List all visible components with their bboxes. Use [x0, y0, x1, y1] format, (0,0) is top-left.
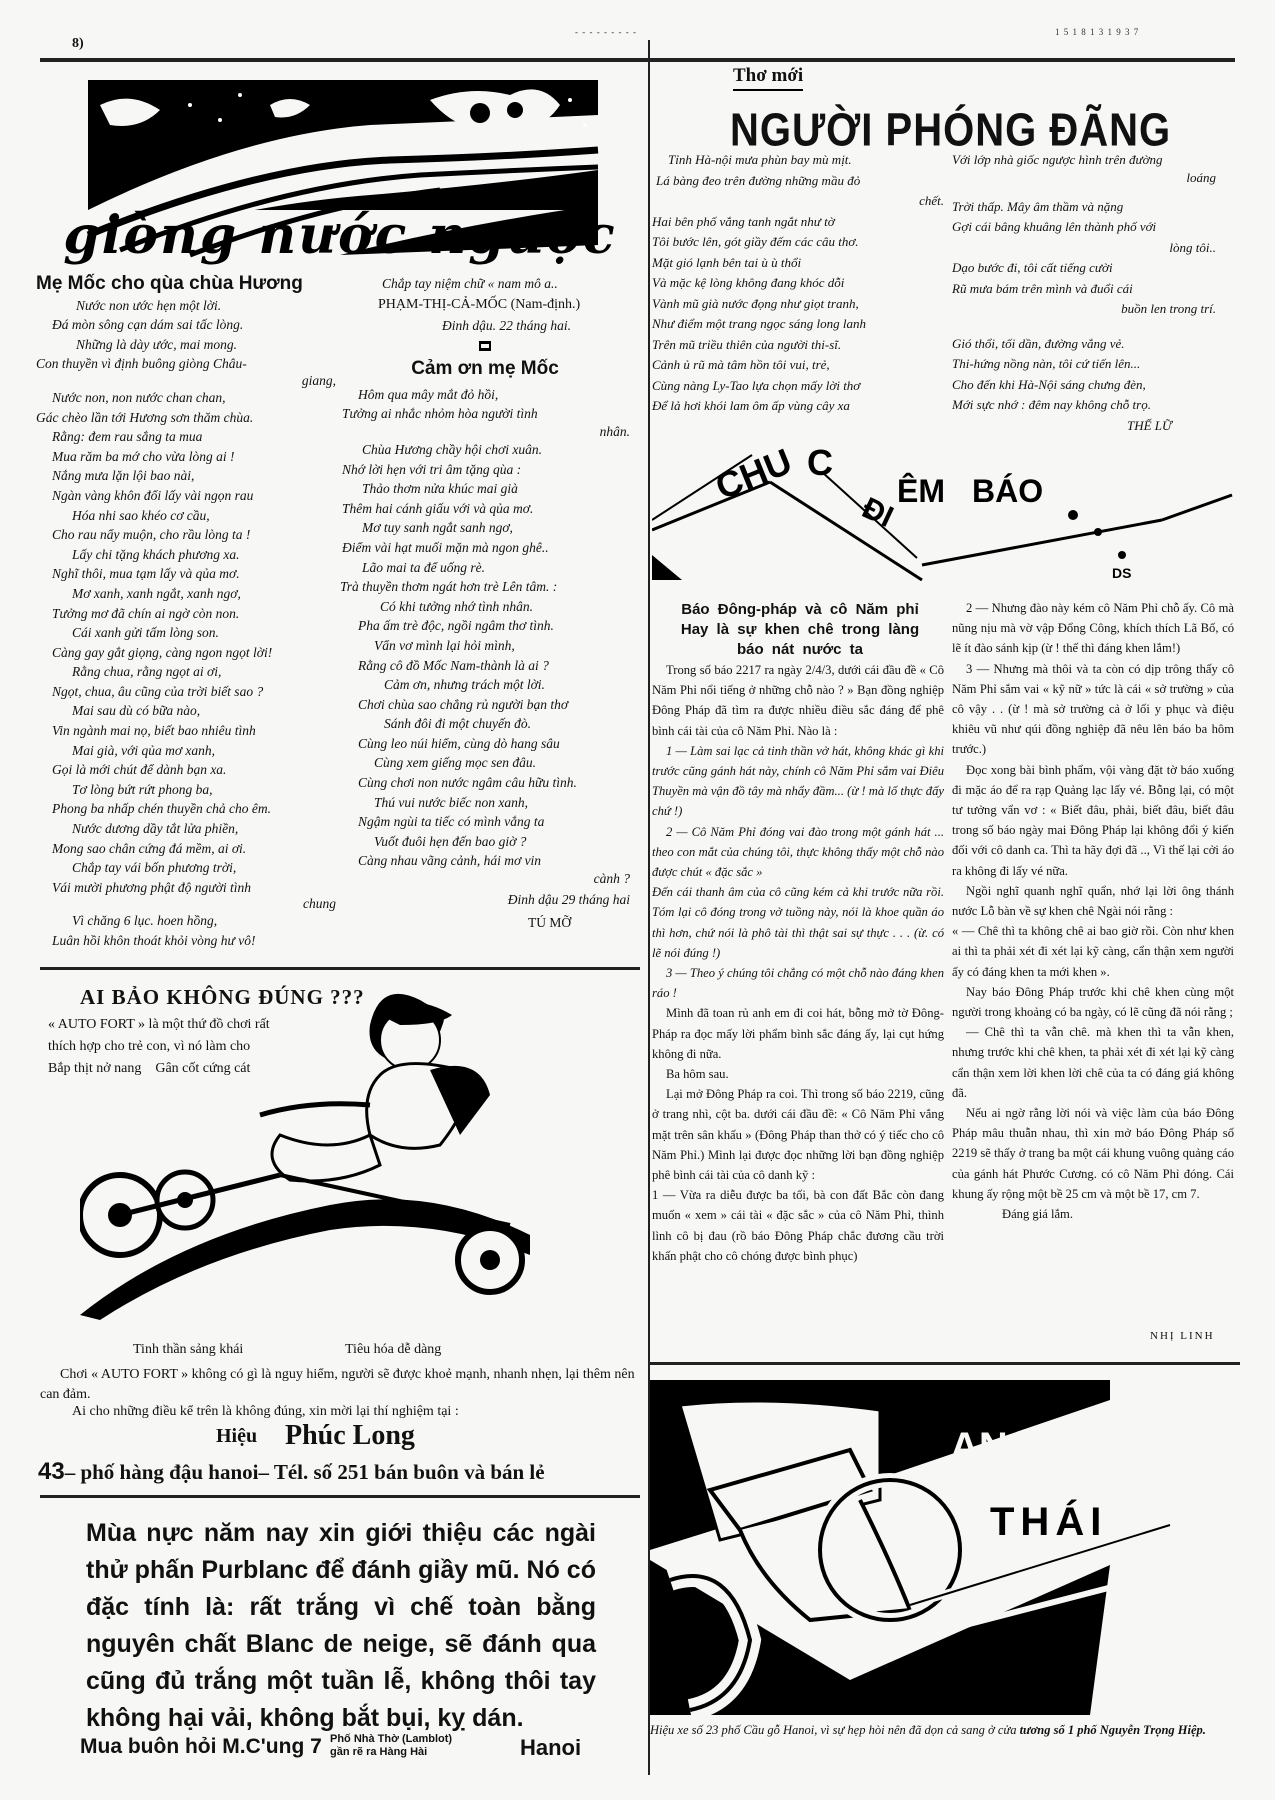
- article-paragraph: 3 — Nhưng mà thôi và ta còn có dịp trông…: [952, 659, 1234, 760]
- poem-line: Sánh đôi đi một chuyến đò.: [340, 714, 630, 734]
- poem-line: Rũ mưa bám trên mình và đuổi cái: [952, 279, 1232, 300]
- poem-line: Hai bên phố vắng tanh ngắt như tờ: [652, 212, 952, 233]
- address-number: 43: [38, 1458, 65, 1485]
- poem-line: Gợi cái bâng khuâng lên thành phố với: [952, 217, 1232, 238]
- poem-line: Luân hồi khôn thoát khỏi vòng hư vô!: [36, 931, 336, 951]
- address-line: Phố Nhà Thờ (Lamblot): [330, 1733, 452, 1746]
- poem-me-moc: Mẹ Mốc cho qùa chùa Hương Nước non ước h…: [36, 274, 336, 951]
- poem-line: Rằng cô đồ Mốc Nam-thành là ai ?: [340, 656, 630, 676]
- article-paragraph: 2 — Nhưng đào này kém cô Năm Phỉ chỗ ấy.…: [952, 598, 1234, 659]
- poem-line: loáng: [952, 171, 1232, 185]
- poem-line: Tôi bước lên, gót giầy đếm các câu thơ.: [652, 232, 952, 253]
- poem-line: Lão mai ta để uống rè.: [340, 558, 630, 578]
- separator-icon: [340, 335, 630, 359]
- ad-body-line: « AUTO FORT » là một thứ đồ chơi rất: [48, 1014, 368, 1036]
- article-paragraph: Ngồi nghĩ quanh nghĩ quẩn, nhớ lại lời ô…: [952, 881, 1234, 921]
- poem-title: Mẹ Mốc cho qùa chùa Hương: [36, 274, 336, 294]
- banner-title: giòng nước ngược: [40, 205, 640, 266]
- poem-line: Lá bàng đeo trên đường những mầu đỏ: [652, 171, 952, 192]
- rickshaw-illustration: AN THÁI: [650, 1380, 1230, 1715]
- poem-line: Mai già, với qủa mơ xanh,: [36, 741, 336, 761]
- poem-line: nhân.: [340, 424, 630, 440]
- caption-text: Hiệu xe số 23 phố Cầu gỗ Hanoi, vì sự hẹ…: [650, 1723, 1016, 1737]
- poem-line: Chơi chùa sao chẳng rủ người bạn thơ: [340, 695, 630, 715]
- poem-title: Cảm ơn mẹ Mốc: [340, 359, 630, 379]
- poem-line: Thi-hứng nồng nàn, tôi cứ tiến lên...: [952, 354, 1232, 375]
- svg-text:BÁO: BÁO: [972, 473, 1043, 509]
- poem-author: PHẠM-THỊ-CẢ-MỐC (Nam-định.): [340, 294, 630, 316]
- poem-line: Cùng nàng Ly-Tao lựa chọn mấy lời thơ: [652, 376, 952, 397]
- poem-closing-line: Chắp tay niệm chữ « nam mô a..: [340, 274, 630, 294]
- ad-body: « AUTO FORT » là một thứ đồ chơi rất thí…: [48, 1014, 368, 1080]
- poem-line: Ngọt, chua, âu cũng của trời biết sao ?: [36, 682, 336, 702]
- poem-line: Nước non, non nước chan chan,: [36, 388, 336, 408]
- article-paragraph: Đáng giá lắm.: [952, 1204, 1234, 1224]
- poem-nguoi-phong-dang-left: Tỉnh Hà-nội mưa phùn bay mù mịt. Lá bàng…: [652, 150, 952, 417]
- poem-line: Tỉnh Hà-nội mưa phùn bay mù mịt.: [652, 150, 952, 171]
- ad-text: Ai cho những điều kể trên là không đúng,…: [72, 1404, 459, 1420]
- svg-text:C: C: [807, 442, 833, 483]
- article-paragraph: 2 — Cô Năm Phỉ đóng vai đào trong một gá…: [652, 822, 944, 883]
- poem-line: Chắp tay vái bốn phương trời,: [36, 858, 336, 878]
- svg-text:CHU: CHU: [710, 440, 798, 507]
- poem-cam-on-me-moc: Chắp tay niệm chữ « nam mô a.. PHẠM-THỊ-…: [340, 274, 630, 933]
- section-rule: [650, 1362, 1240, 1365]
- section-label: Thơ mới: [733, 65, 803, 91]
- poem-line: Nhớ lời hẹn với tri âm tặng qùa :: [340, 460, 630, 480]
- poem-author: THẾ LỮ: [952, 416, 1232, 437]
- header-masthead: - - - - - - - - -: [575, 27, 637, 37]
- address-text: – phố hàng đậu hanoi– Tél. số 251 bán bu…: [65, 1460, 545, 1484]
- poem-line: Để lả hơi khói lam ôm ấp vùng cây xa: [652, 396, 952, 417]
- poem-line: Cùng leo núi hiểm, cùng dò hang sâu: [340, 734, 630, 754]
- article-title-line: báo nát nước ta: [650, 640, 950, 660]
- poem-line: Hóa nhi sao khéo cơ cầu,: [36, 506, 336, 526]
- purblanc-buy-line: Mua buôn hỏi M.C'ung 7: [80, 1735, 322, 1759]
- shop-prefix: Hiệu: [216, 1425, 257, 1448]
- poem-line: Dạo bước đi, tôi cất tiếng cười: [952, 258, 1232, 279]
- caption-address: tương số 1 phố Nguyễn Trọng Hiệp.: [1020, 1723, 1206, 1737]
- poem-line: Vành mũ già nước đọng như giọt tranh,: [652, 294, 952, 315]
- ad-text: Chơi « AUTO FORT » không có gì là nguy h…: [40, 1365, 635, 1405]
- rickshaw-caption: Hiệu xe số 23 phố Cầu gỗ Hanoi, vì sự hẹ…: [650, 1720, 1235, 1740]
- poem-line: Con thuyền vì định buông giòng Châu-: [36, 354, 336, 374]
- poem-line: Thêm hai cánh giấu với và qủa mơ.: [340, 499, 630, 519]
- poem-line: Trà thuyền thơm ngát hơn trè Lên tâm. :: [340, 577, 630, 597]
- poem-line: Càng gay gắt giọng, càng ngon ngọt lời!: [36, 643, 336, 663]
- purblanc-address: Phố Nhà Thờ (Lamblot) gần rẽ ra Hàng Hài: [330, 1733, 452, 1759]
- poem-line: Gác chèo lần tới Hương sơn thăm chùa.: [36, 408, 336, 428]
- shop-name: Phúc Long: [285, 1420, 415, 1452]
- poem-line: Mong sao chân cứng đá mềm, ai ơi.: [36, 839, 336, 859]
- poem-line: Hôm qua mây mắt đỏ hồi,: [340, 385, 630, 405]
- shop-address: 43– phố hàng đậu hanoi– Tél. số 251 bán …: [38, 1458, 638, 1486]
- poem-line: [952, 320, 1232, 334]
- poem-date: Đinh dậu. 22 tháng hai.: [340, 316, 630, 336]
- ad-title: AI BẢO KHÔNG ĐÚNG ???: [80, 985, 365, 1010]
- poem-line: Vuốt đuôi hẹn đến bao giờ ?: [340, 832, 630, 852]
- ad-caption: Tiêu hóa dễ dàng: [345, 1342, 441, 1358]
- poem-line: Phong ba nhấp chén thuyền chả cho êm.: [36, 799, 336, 819]
- poem-line: Như điểm một trang ngọc sáng long lanh: [652, 314, 952, 335]
- poem-line: giang,: [36, 374, 336, 388]
- poem-line: Thảo thơm nửa khúc mai già: [340, 479, 630, 499]
- article-paragraph: « — Chê thì ta không chê ai bao giờ rồi.…: [952, 921, 1234, 982]
- article-column-2: 2 — Nhưng đào này kém cô Năm Phỉ chỗ ấy.…: [952, 598, 1234, 1224]
- poem-line: Thú vui nước biếc non xanh,: [340, 793, 630, 813]
- poem-line: Cảnh ủ rũ mà tâm hồn tôi vui, trẻ,: [652, 355, 952, 376]
- poem-line: Và mặc kệ lòng không đang khóc dỗi: [652, 273, 952, 294]
- article-paragraph: Lại mở Đông Pháp ra coi. Thì trong số bá…: [652, 1084, 944, 1185]
- poem-line: Những là dày ước, mai mong.: [36, 335, 336, 355]
- poem-line: Trời thấp. Mây âm thầm và nặng: [952, 197, 1232, 218]
- article-title: Báo Đông-pháp và cô Năm phỉ Hay là sự kh…: [650, 600, 950, 660]
- poem-line: Chùa Hương chầy hội chơi xuân.: [340, 440, 630, 460]
- poem-date: Đinh dậu 29 tháng hai: [340, 887, 630, 913]
- poem-line: Cùng chơi non nước ngâm câu hữu tình.: [340, 773, 630, 793]
- poem-line: Vin ngành mai nọ, biết bao nhiêu tình: [36, 721, 336, 741]
- article-paragraph: Trong số báo 2217 ra ngày 2/4/3, dưới cá…: [652, 660, 944, 741]
- section-rule: [40, 1495, 640, 1498]
- poem-line: Nước non ước hẹn một lời.: [36, 296, 336, 316]
- page-number: 8): [72, 36, 84, 52]
- poem-headline: NGƯỜI PHÓNG ĐÃNG: [730, 105, 1171, 157]
- poem-line: Với lớp nhà giốc ngược hình trên đường: [952, 150, 1232, 171]
- chuyen-diem-bao-header-art: CHU C ĐI CHUYỆN ĐIỂM BÁO ÊM BÁO DS: [652, 440, 1252, 600]
- article-paragraph: Nếu ai ngờ rằng lời nói và việc làm của …: [952, 1103, 1234, 1204]
- poem-line: Tưởng mơ đã chín ai ngờ còn non.: [36, 604, 336, 624]
- brand-line-1: AN: [950, 1425, 1008, 1469]
- poem-line: Gió thổi, tối dần, đường vắng vẻ.: [952, 334, 1232, 355]
- poem-line: Mới sực nhớ : đêm nay không chỗ trọ.: [952, 395, 1232, 416]
- poem-line: Tưởng ai nhắc nhỏm hòa người tình: [340, 404, 630, 424]
- poem-line: Cho rau nẩy muộn, cho rầu lòng ta !: [36, 525, 336, 545]
- purblanc-ad-body: Mùa nực năm nay xin giới thiệu các ngài …: [86, 1515, 596, 1737]
- poem-line: Vái mười phương phật độ người tình: [36, 878, 336, 898]
- poem-line: cành ?: [340, 871, 630, 887]
- top-rule: [40, 58, 1235, 62]
- poem-line: Pha ấm trè độc, ngồi ngâm thơ tình.: [340, 616, 630, 636]
- poem-line: Cảm ơn, nhưng trách một lời.: [340, 675, 630, 695]
- article-paragraph: — Chê thì ta vẫn chê. mà khen thì ta vẫn…: [952, 1022, 1234, 1103]
- poem-line: Gọi là mới chút để dành bạn xa.: [36, 760, 336, 780]
- article-column-1: Trong số báo 2217 ra ngày 2/4/3, dưới cá…: [652, 660, 944, 1266]
- poem-line: Mơ tuy sanh ngắt sanh ngơ,: [340, 518, 630, 538]
- poem-line: Cùng xem giếng mọc sen đâu.: [340, 753, 630, 773]
- poem-line: Rằng: đem rau sắng ta mua: [36, 427, 336, 447]
- poem-line: Nước dương dầy tắt lửa phiền,: [36, 819, 336, 839]
- purblanc-city: Hanoi: [520, 1735, 581, 1761]
- section-rule: [40, 967, 640, 970]
- poem-line: Mua răm ba mớ cho vừa lòng ai !: [36, 447, 336, 467]
- poem-line: chung: [36, 897, 336, 911]
- poem-line: [952, 185, 1232, 197]
- poem-line: Lấy chi tặng khách phương xa.: [36, 545, 336, 565]
- poem-line: buồn len trong trí.: [952, 299, 1232, 320]
- header-date: 1 5 1 8 1 3 1 9 3 7: [1055, 27, 1139, 37]
- article-paragraph: Nay báo Đông Pháp trước khi chê khen cùn…: [952, 982, 1234, 1022]
- article-paragraph: 3 — Theo ý chúng tôi chẳng có một chỗ nà…: [652, 963, 944, 1003]
- article-title-line: Hay là sự khen chê trong làng: [650, 620, 950, 640]
- article-title-line: Báo Đông-pháp và cô Năm phỉ: [650, 600, 950, 620]
- poem-line: Điểm vài hạt muối mặn mà ngon ghê..: [340, 538, 630, 558]
- article-paragraph: Đến cái thanh âm của cô cũng kém cả khi …: [652, 882, 944, 963]
- poem-line: Trên mũ triều thiên của người thi-sĩ.: [652, 335, 952, 356]
- poem-line: Cái xanh gửi tấm lòng son.: [36, 623, 336, 643]
- poem-line: Vẩn vơ mình lại hỏi mình,: [340, 636, 630, 656]
- poem-line: Càng nhau vãng cảnh, hái mơ vin: [340, 851, 630, 871]
- poem-line: Có khi tưởng nhớ tình nhân.: [340, 597, 630, 617]
- ad-body-line: Bắp thịt nở nang Gân cốt cứng cát: [48, 1058, 368, 1080]
- article-paragraph: Mình đã toan rủ anh em đi coi hát, bỗng …: [652, 1003, 944, 1064]
- poem-line: Cho đến khi Hà-Nội sáng chưng đèn,: [952, 375, 1232, 396]
- article-author: NHỊ LINH: [1150, 1330, 1215, 1342]
- poem-line: Rằng chua, rằng ngọt ai ơi,: [36, 662, 336, 682]
- article-paragraph: 1 — Làm sai lạc cả tinh thần vở hát, khô…: [652, 741, 944, 822]
- poem-author: TÚ MỠ: [340, 913, 630, 933]
- address-line: gần rẽ ra Hàng Hài: [330, 1746, 452, 1759]
- artist-initials: DS: [1112, 565, 1131, 581]
- poem-line: Tơ lòng bứt rứt phong ba,: [36, 780, 336, 800]
- poem-line: Đá mòn sông cạn dám sai tấc lòng.: [36, 315, 336, 335]
- ad-caption: Tinh thần sảng khái: [133, 1342, 243, 1358]
- poem-line: Nghĩ thôi, mua tạm lấy và qủa mơ.: [36, 564, 336, 584]
- poem-line: Nắng mưa lặn lội bao nài,: [36, 466, 336, 486]
- article-paragraph: Ba hôm sau.: [652, 1064, 944, 1084]
- svg-text:ĐI: ĐI: [857, 491, 898, 534]
- ad-body-line: thích hợp cho trẻ con, vì nó làm cho: [48, 1036, 368, 1058]
- poem-line: Mặt gió lạnh bên tai ù ù thổi: [652, 253, 952, 274]
- poem-line: lòng tôi..: [952, 238, 1232, 259]
- svg-text:ÊM: ÊM: [897, 473, 945, 509]
- poem-nguoi-phong-dang-right: Với lớp nhà giốc ngược hình trên đường l…: [952, 150, 1232, 436]
- poem-line: Mơ xanh, xanh ngắt, xanh ngơ,: [36, 584, 336, 604]
- poem-line: Ngậm ngùi ta tiếc có mình vắng ta: [340, 812, 630, 832]
- poem-line: Ngàn vàng khôn đổi lấy vài ngọn rau: [36, 486, 336, 506]
- article-paragraph: 1 — Vừa ra diễu được ba tối, bà con đất …: [652, 1185, 944, 1266]
- brand-line-2: THÁI: [990, 1499, 1107, 1544]
- poem-line: Mai sau dù có bữa nào,: [36, 701, 336, 721]
- poem-line: Vì chăng 6 lục. hoen hồng,: [36, 911, 336, 931]
- poem-line: chết.: [652, 191, 952, 212]
- article-paragraph: Đọc xong bài bình phẩm, vội vàng đặt tờ …: [952, 760, 1234, 881]
